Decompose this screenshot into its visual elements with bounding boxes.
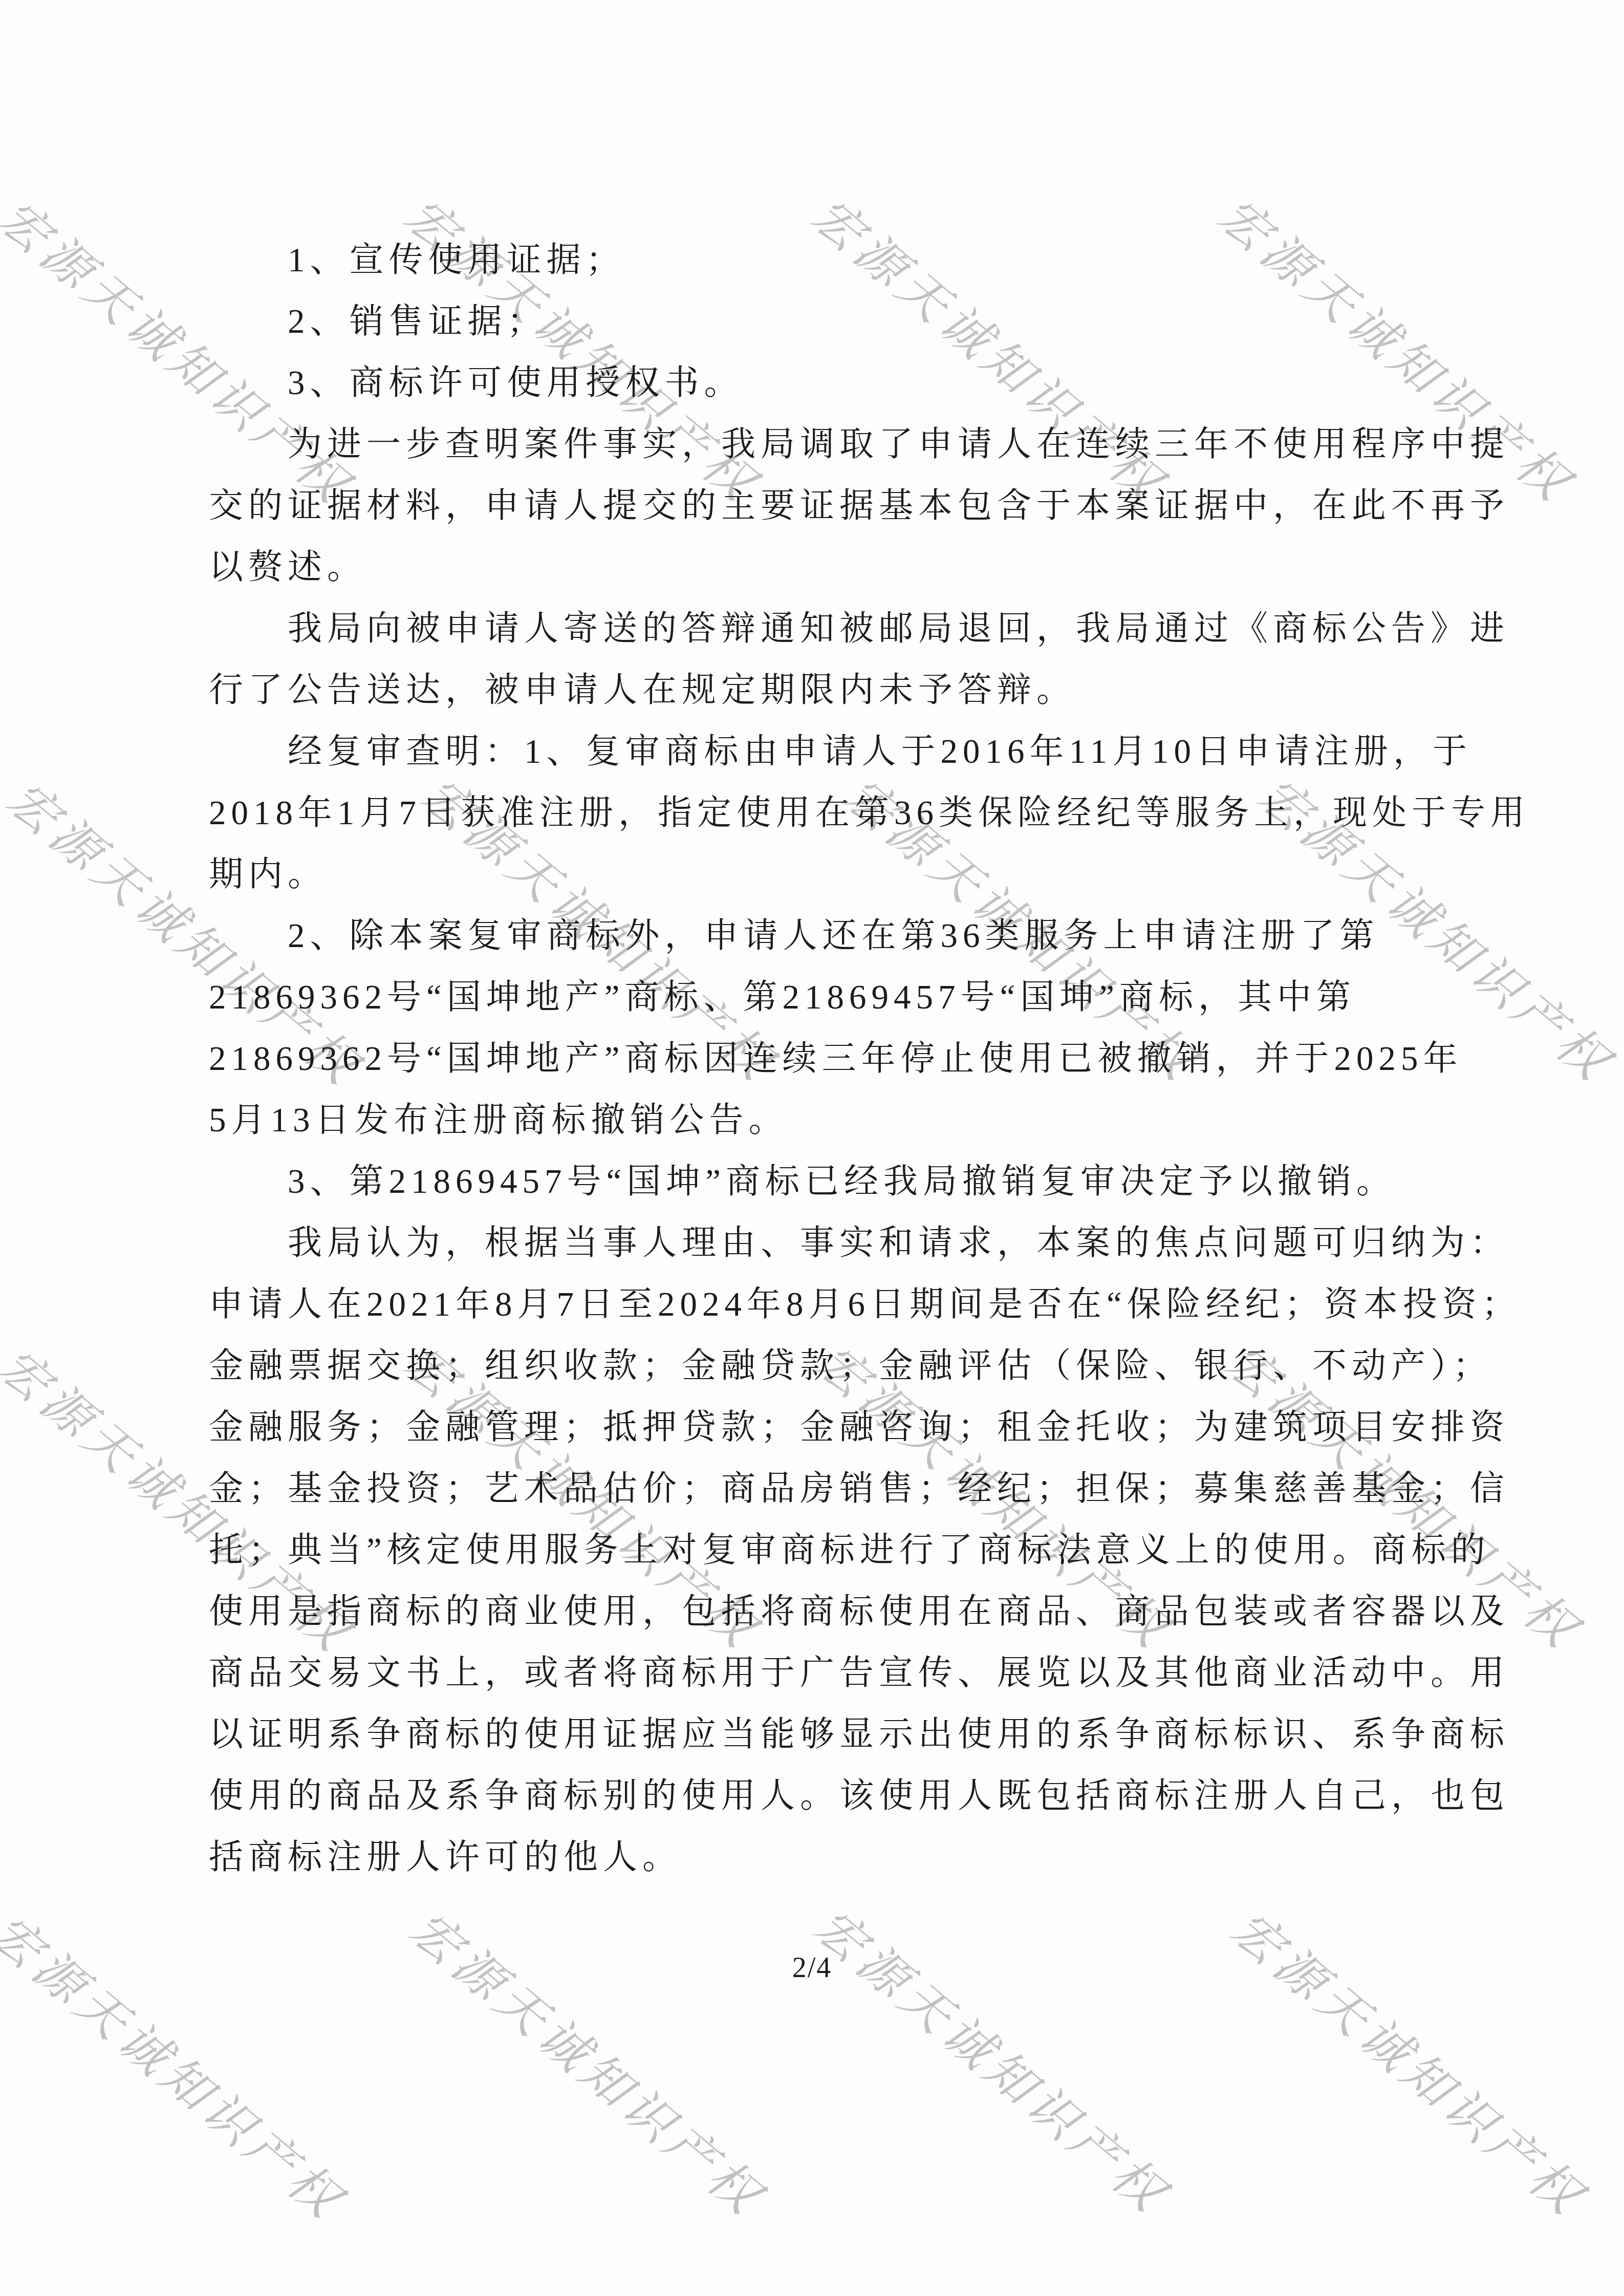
text-line: 21869362号“国坤地产”商标、第21869457号“国坤”商标，其中第	[209, 967, 1540, 1028]
text-line: 使用的商品及系争商标别的使用人。该使用人既包括商标注册人自己，也包	[209, 1765, 1540, 1827]
text-line: 3、商标许可使用授权书。	[209, 352, 1540, 414]
watermark-text: 宏源天诚知识产权	[1219, 1892, 1603, 2229]
text-line: 商品交易文书上，或者将商标用于广告宣传、展览以及其他商业活动中。用	[209, 1642, 1540, 1704]
text-line: 以赘述。	[209, 537, 1540, 598]
text-line: 5月13日发布注册商标撤销公告。	[209, 1089, 1540, 1151]
text-line: 以证明系争商标的使用证据应当能够显示出使用的系争商标标识、系争商标	[209, 1704, 1540, 1765]
page-number: 2/4	[0, 1951, 1624, 1984]
text-line: 为进一步查明案件事实，我局调取了申请人在连续三年不使用程序中提	[209, 414, 1540, 475]
text-line: 3、第21869457号“国坤”商标已经我局撤销复审决定予以撤销。	[209, 1151, 1540, 1212]
watermark-text: 宏源天诚知识产权	[802, 1889, 1186, 2227]
text-line: 括商标注册人许可的他人。	[209, 1827, 1540, 1888]
document-body: 1、宣传使用证据；2、销售证据；3、商标许可使用授权书。为进一步查明案件事实，我…	[209, 229, 1540, 1888]
watermark-text: 宏源天诚知识产权	[0, 1895, 362, 2233]
text-line: 金融服务；金融管理；抵押贷款；金融咨询；租金托收；为建筑项目安排资	[209, 1397, 1540, 1458]
text-line: 21869362号“国坤地产”商标因连续三年停止使用已被撤销，并于2025年	[209, 1028, 1540, 1089]
text-line: 我局向被申请人寄送的答辩通知被邮局退回，我局通过《商标公告》进	[209, 598, 1540, 659]
text-line: 金融票据交换；组织收款；金融贷款；金融评估（保险、银行、不动产）；	[209, 1335, 1540, 1397]
text-line: 金；基金投资；艺术品估价；商品房销售；经纪；担保；募集慈善基金；信	[209, 1458, 1540, 1519]
text-line: 2、除本案复审商标外，申请人还在第36类服务上申请注册了第	[209, 905, 1540, 967]
text-line: 申请人在2021年8月7日至2024年8月6日期间是否在“保险经纪；资本投资；	[209, 1274, 1540, 1335]
text-line: 经复审查明：1、复审商标由申请人于2016年11月10日申请注册，于	[209, 721, 1540, 782]
text-line: 托；典当”核定使用服务上对复审商标进行了商标法意义上的使用。商标的	[209, 1519, 1540, 1581]
text-line: 使用是指商标的商业使用，包括将商标使用在商品、商品包装或者容器以及	[209, 1581, 1540, 1642]
text-line: 2018年1月7日获准注册，指定使用在第36类保险经纪等服务上，现处于专用	[209, 782, 1540, 844]
text-line: 我局认为，根据当事人理由、事实和请求，本案的焦点问题可归纳为：	[209, 1212, 1540, 1274]
text-line: 期内。	[209, 844, 1540, 905]
watermark-text: 宏源天诚知识产权	[398, 1892, 782, 2229]
text-line: 1、宣传使用证据；	[209, 229, 1540, 291]
document-page: 宏源天诚知识产权宏源天诚知识产权宏源天诚知识产权宏源天诚知识产权宏源天诚知识产权…	[0, 0, 1624, 2296]
text-line: 行了公告送达，被申请人在规定期限内未予答辩。	[209, 659, 1540, 721]
text-line: 2、销售证据；	[209, 291, 1540, 352]
text-line: 交的证据材料，申请人提交的主要证据基本包含于本案证据中，在此不再予	[209, 475, 1540, 537]
